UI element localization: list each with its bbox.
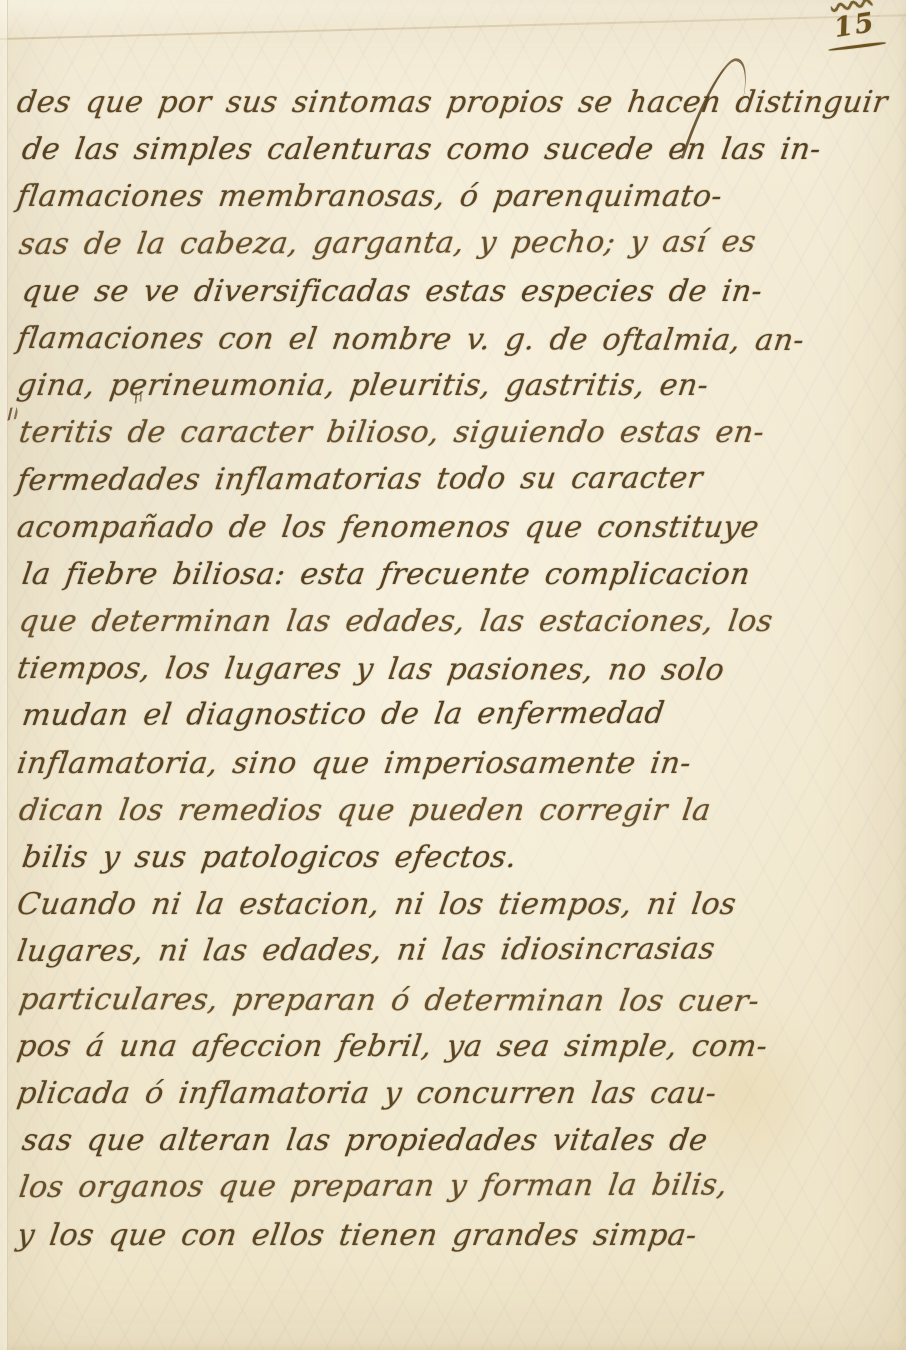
manuscript-line: flamaciones con el nombre v. g. de oftal… xyxy=(14,315,898,364)
manuscript-line: que se ve diversificadas estas especies … xyxy=(19,268,899,315)
manuscript-line: Cuando ni la estacion, ni los tiempos, n… xyxy=(14,881,899,928)
manuscript-line: la fiebre biliosa: esta frecuente compli… xyxy=(19,551,899,598)
manuscript-line: inflamatoria, sino que imperiosamente in… xyxy=(14,740,899,787)
manuscript-line: y los que con ellos tienen grandes simpa… xyxy=(14,1212,899,1259)
manuscript-line: mudan el diagnostico de la enfermedad xyxy=(19,689,899,739)
manuscript-page: 15 des que por sus sintomas propios se h… xyxy=(0,0,906,1350)
manuscript-line: plicada ó inflamatoria y concurren las c… xyxy=(14,1070,899,1117)
manuscript-line: acompañado de los fenomenos que constitu… xyxy=(14,504,899,551)
manuscript-line: pos á una afeccion febril, ya sea simple… xyxy=(14,1023,899,1070)
page-left-edge xyxy=(0,0,8,1350)
manuscript-line: los organos que preparan y forman la bil… xyxy=(16,1161,899,1211)
manuscript-text: des que por sus sintomas propios se hace… xyxy=(14,79,892,1259)
page-number: 15 xyxy=(832,7,878,44)
manuscript-line: bilis y sus patologicos efectos. xyxy=(19,834,899,881)
manuscript-line: particulares, preparan ó determinan los … xyxy=(16,976,898,1025)
manuscript-line: sas que alteran las propiedades vitales … xyxy=(19,1117,899,1164)
manuscript-line: teritis de caracter bilioso, siguiendo e… xyxy=(16,409,899,456)
manuscript-line: flamaciones membranosas, ó parenquimato- xyxy=(14,173,899,220)
manuscript-line: tiempos, los lugares y las pasiones, no … xyxy=(14,645,898,694)
manuscript-line: gina, perineumonia, pleuritis, gastritis… xyxy=(14,362,899,409)
manuscript-line: des que por sus sintomas propios se hace… xyxy=(14,79,899,126)
manuscript-line: sas de la cabeza, garganta, y pecho; y a… xyxy=(16,218,899,268)
manuscript-line: que determinan las edades, las estacione… xyxy=(16,598,899,645)
manuscript-line: dican los remedios que pueden corregir l… xyxy=(16,787,899,834)
manuscript-line: lugares, ni las edades, ni las idiosincr… xyxy=(14,925,899,975)
manuscript-line: de las simples calenturas como sucede en… xyxy=(19,126,899,173)
manuscript-line: fermedades inflamatorias todo su caracte… xyxy=(14,453,899,503)
